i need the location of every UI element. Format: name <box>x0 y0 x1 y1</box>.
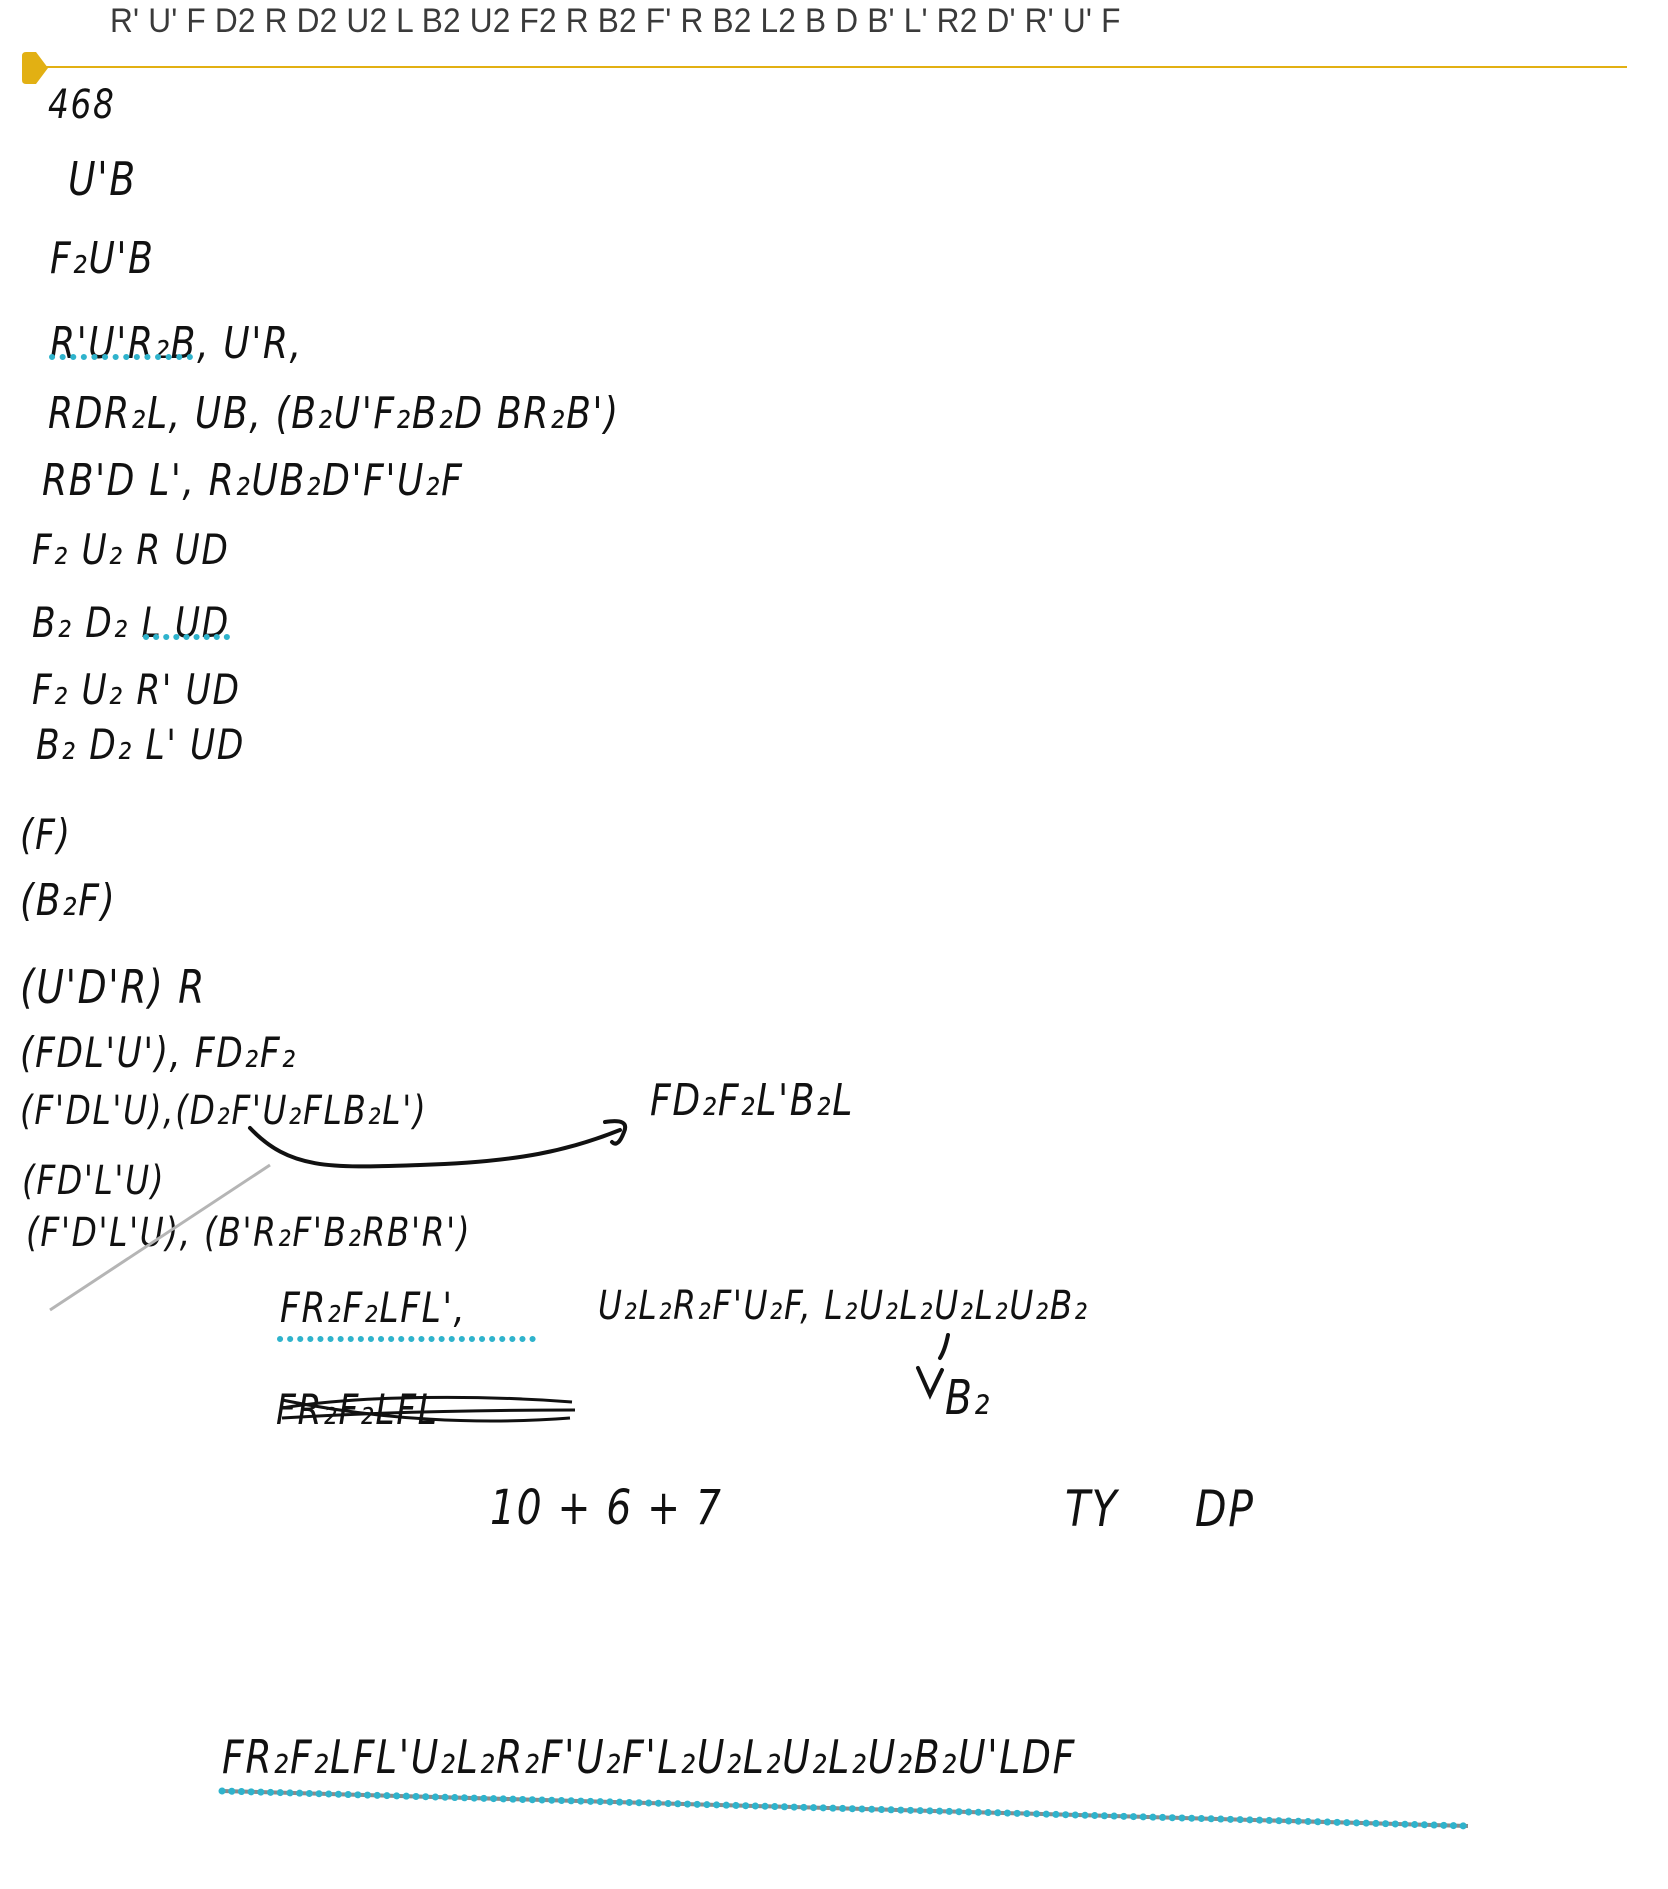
handwritten-line: F₂ U₂ R' UD <box>32 665 241 714</box>
handwritten-line: FD₂F₂L'B₂L <box>650 1075 854 1126</box>
handwritten-line: DP <box>1195 1480 1255 1538</box>
down-arrow-icon <box>918 1335 948 1395</box>
handwritten-line: 10 + 6 + 7 <box>490 1480 723 1536</box>
handwritten-line: U₂L₂R₂F'U₂F, L₂U₂L₂U₂L₂U₂B₂ <box>598 1283 1089 1329</box>
bookmark-marker-icon[interactable] <box>20 52 50 84</box>
handwritten-line: B₂ <box>945 1370 991 1426</box>
handwritten-line: (U'D'R) R <box>20 960 206 1014</box>
handwritten-line: F₂U'B <box>50 233 154 284</box>
handwritten-line: B₂ D₂ L' UD <box>36 720 245 769</box>
handwritten-line: (F'DL'U),(D₂F'U₂FLB₂L') <box>20 1088 427 1134</box>
ink-annotations <box>0 0 1668 1889</box>
handwritten-line: (F) <box>20 810 72 859</box>
final-underline-gray <box>222 1791 1468 1826</box>
handwritten-line: FR₂F₂LFL <box>276 1385 438 1434</box>
handwritten-line: R'U'R₂B, U'R, <box>50 318 303 369</box>
handwritten-line: TY <box>1065 1480 1118 1538</box>
handwritten-line: (B₂F) <box>20 875 116 926</box>
handwritten-line: B₂ D₂ L UD <box>32 598 230 647</box>
handwritten-line: F₂ U₂ R UD <box>32 525 230 574</box>
handwritten-line: FR₂F₂LFL', <box>280 1283 466 1332</box>
handwritten-line: RB'D L', R₂UB₂D'F'U₂F <box>42 455 464 506</box>
handwritten-line: U'B <box>68 152 137 206</box>
scramble-text: R' U' F D2 R D2 U2 L B2 U2 F2 R B2 F' R … <box>110 2 1121 41</box>
handwritten-line: (FDL'U'), FD₂F₂ <box>20 1028 297 1077</box>
handwritten-line: (F'D'L'U), (B'R₂F'B₂RB'R') <box>26 1210 471 1256</box>
header-divider <box>46 66 1627 68</box>
handwritten-line: (FD'L'U) <box>22 1158 165 1204</box>
handwritten-line: FR₂F₂LFL'U₂L₂R₂F'U₂F'L₂U₂L₂U₂L₂U₂B₂U'LDF <box>222 1730 1076 1784</box>
handwritten-line: RDR₂L, UB, (B₂U'F₂B₂D BR₂B') <box>48 388 620 439</box>
highlight-underline-final <box>222 1791 1468 1826</box>
handwritten-line: 468 <box>48 82 116 128</box>
